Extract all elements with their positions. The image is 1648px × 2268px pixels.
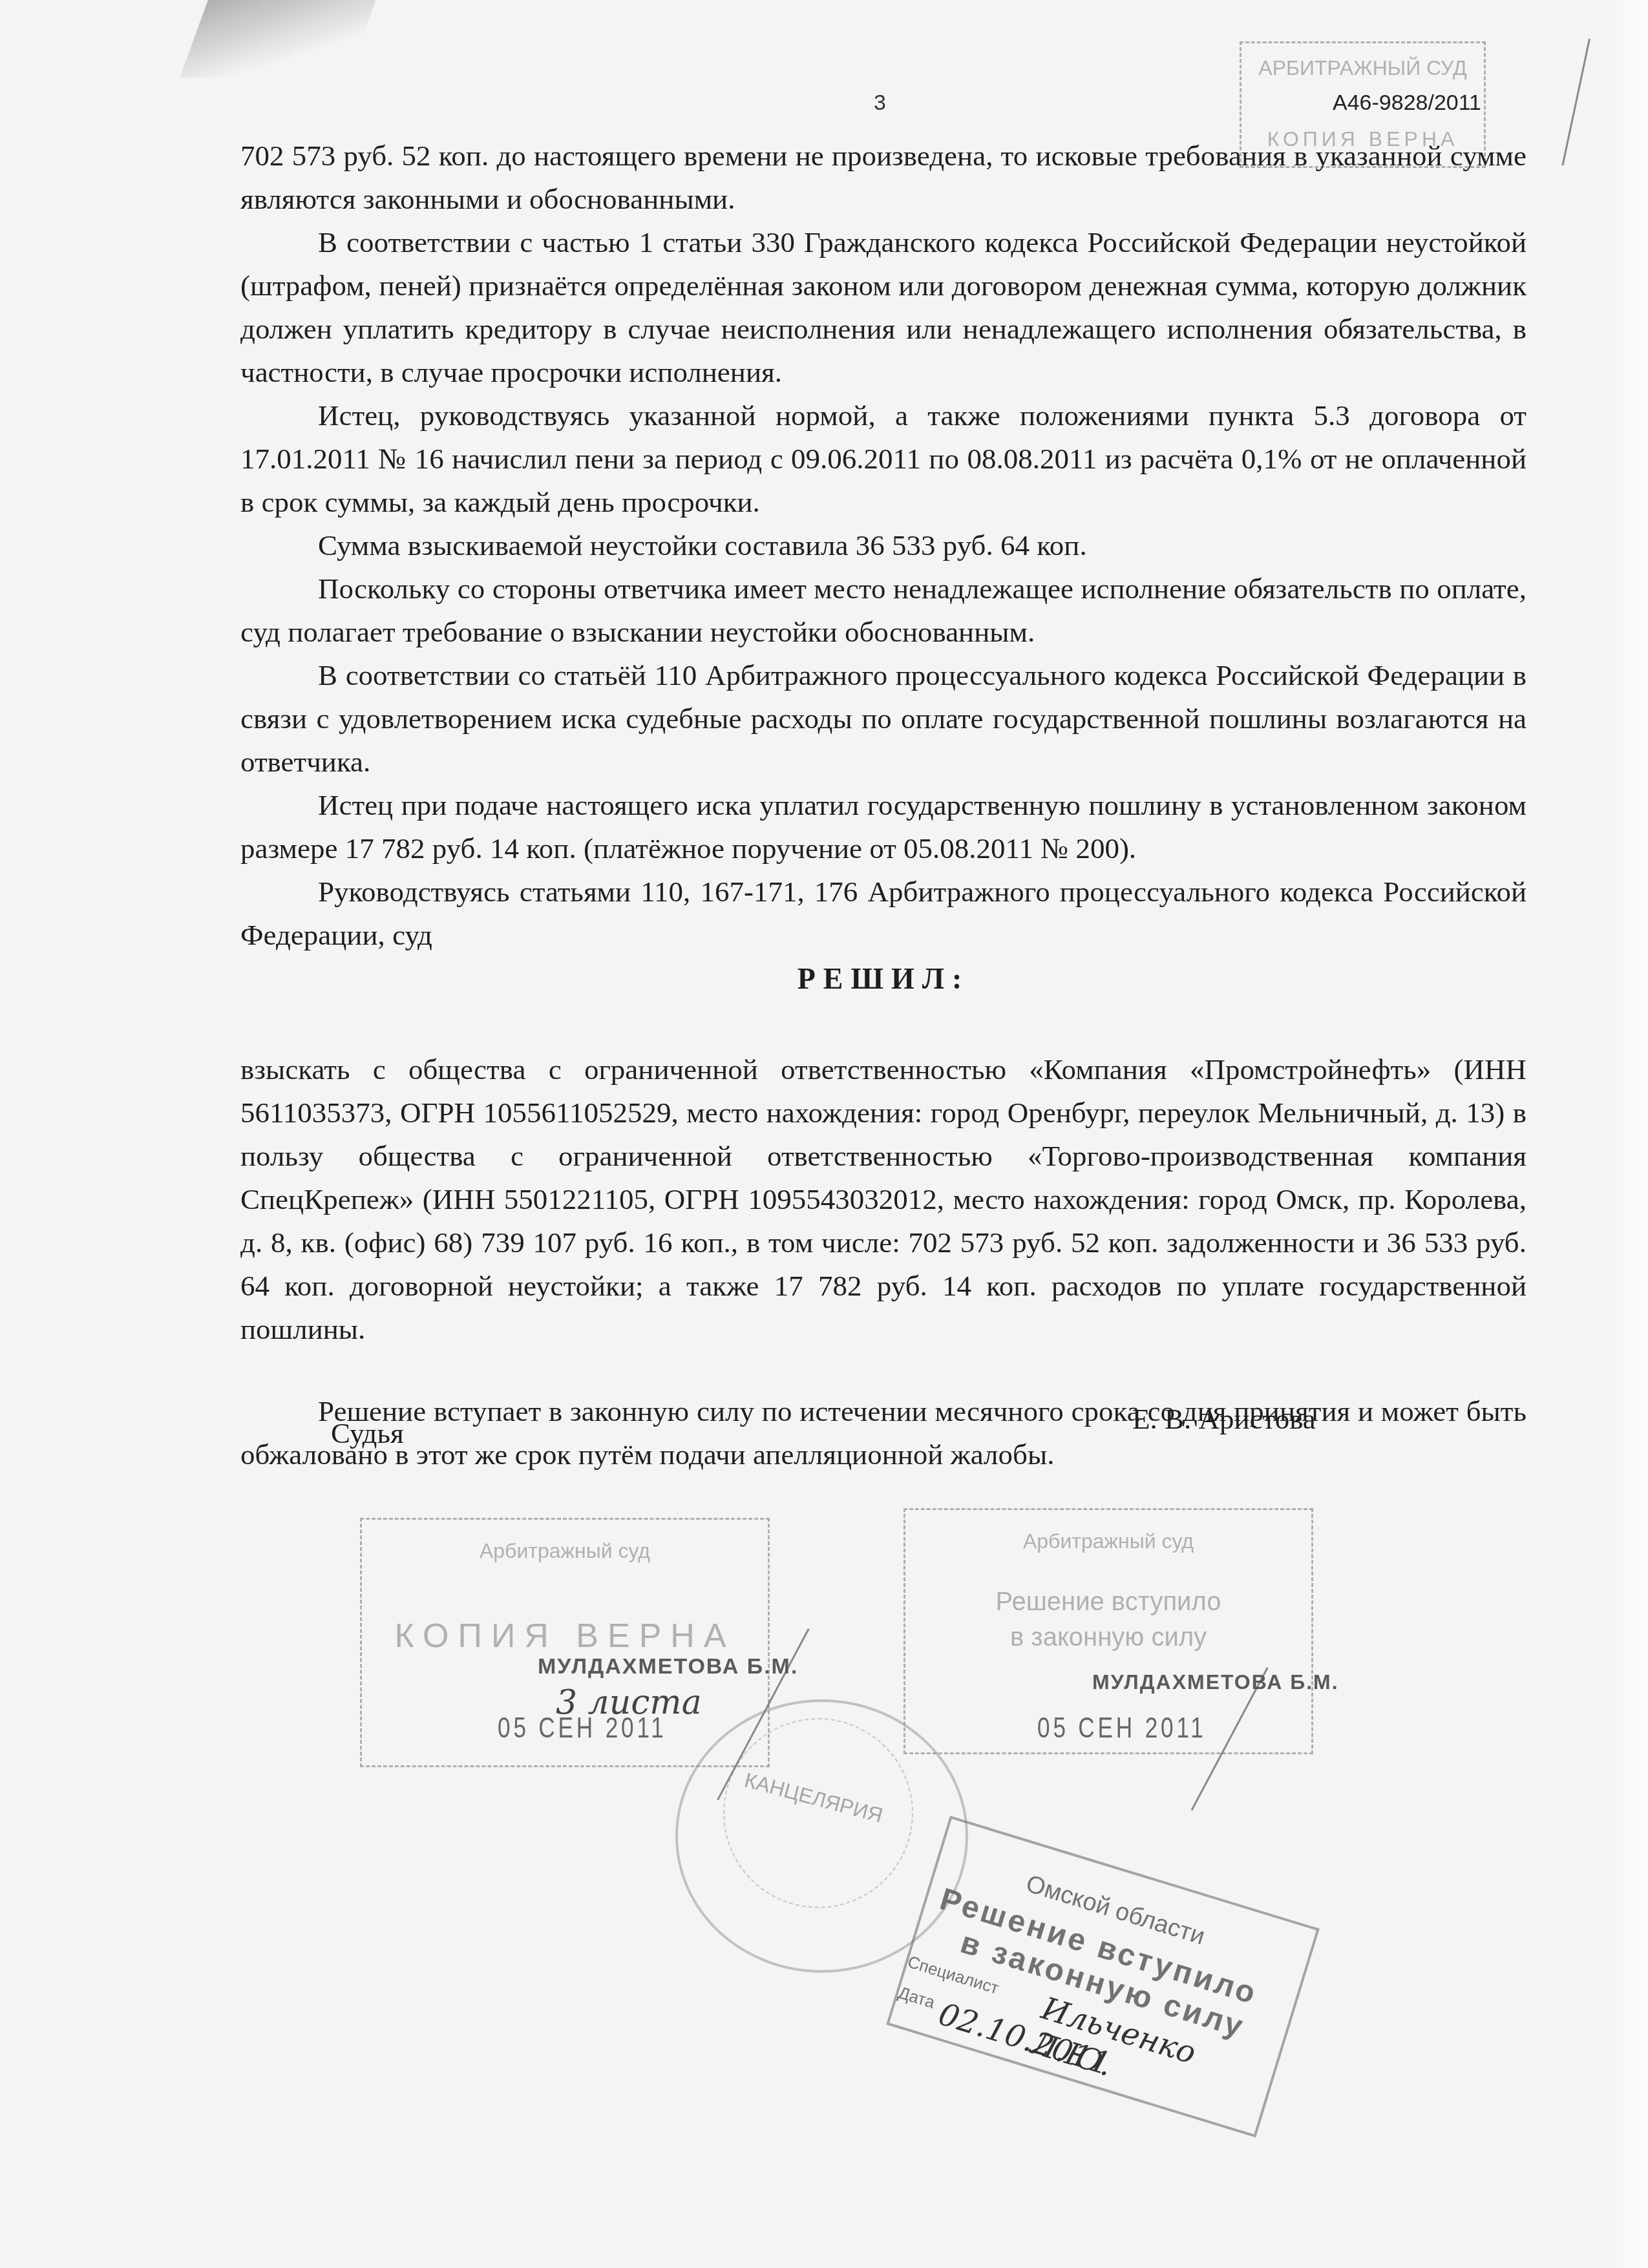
stamp-title: КОПИЯ ВЕРНА <box>362 1617 768 1655</box>
stamp-title-line1: Решение вступило <box>905 1588 1311 1617</box>
paragraph: В соответствии со статьёй 110 Арбитражно… <box>240 654 1527 784</box>
page-number: 3 <box>874 90 886 116</box>
paragraph: Истец при подаче настоящего иска уплатил… <box>240 784 1527 870</box>
paragraph: Сумма взыскиваемой неустойки составила 3… <box>240 524 1527 567</box>
paragraph: Истец, руководствуясь указанной нормой, … <box>240 394 1527 524</box>
document-body: 702 573 руб. 52 коп. до настоящего време… <box>240 134 1527 1476</box>
paragraph: Поскольку со стороны ответчика имеет мес… <box>240 567 1527 654</box>
stamp-court: Арбитражный суд <box>362 1539 768 1563</box>
stamp-date-label: Дата <box>896 1982 937 2012</box>
stamp-title-line2: в законную силу <box>905 1623 1311 1652</box>
signature-name: Е. В. Аристова <box>1132 1402 1316 1436</box>
scan-shadow <box>180 0 376 78</box>
paragraph: 702 573 руб. 52 коп. до настоящего време… <box>240 134 1527 221</box>
spacer <box>240 1000 1527 1048</box>
verdict-heading: РЕШИЛ: <box>240 957 1527 1000</box>
stamp-clerk-name: МУЛДАХМЕТОВА Б.М. <box>1092 1670 1339 1694</box>
handwritten-sheets: 3 листа <box>556 1683 702 1722</box>
verdict-text: взыскать с общества с ограниченной ответ… <box>240 1048 1527 1351</box>
signature-role: Судья <box>331 1416 404 1450</box>
stamp-clerk-name: МУЛДАХМЕТОВА Б.М. <box>538 1654 798 1679</box>
paragraph: Руководствуясь статьями 110, 167-171, 17… <box>240 870 1527 957</box>
paragraph: В соответствии с частью 1 статьи 330 Гра… <box>240 221 1527 394</box>
signature-stroke <box>1561 39 1590 165</box>
signature-block: Судья Е. В. Аристова <box>240 1402 1527 1460</box>
page-edge <box>1609 0 1648 2268</box>
case-number: А46-9828/2011 <box>1333 90 1481 116</box>
stamp-court: Арбитражный суд <box>905 1529 1311 1553</box>
legal-force-stamp: Омской области Решение вступило в законн… <box>886 1816 1320 2137</box>
stamp-court-line: АРБИТРАЖНЫЙ СУД <box>1241 56 1484 80</box>
stamp-date: 05 СЕН 2011 <box>1037 1712 1207 1745</box>
round-seal-inner-ring <box>723 1718 913 1908</box>
spacer <box>240 1351 1527 1390</box>
